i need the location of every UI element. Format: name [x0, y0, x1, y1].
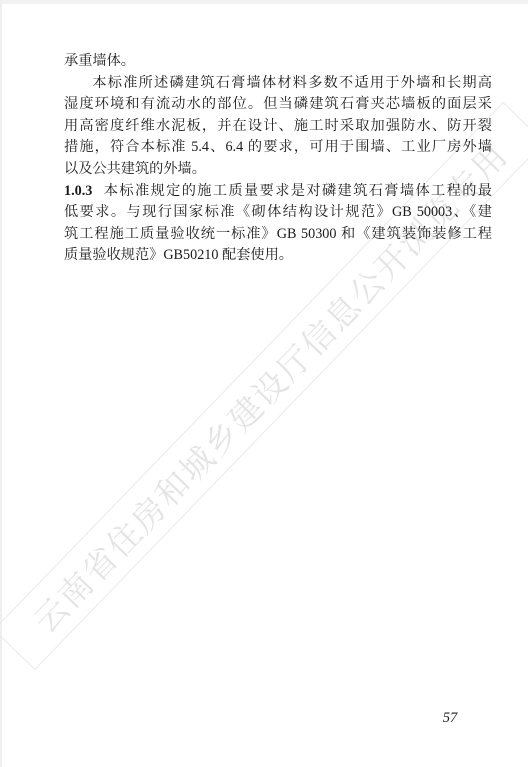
line-text: 措施，符合本标准 5.4、6.4 的要求，可用于围墙、工业厂房外墙 [64, 139, 492, 155]
line-text: 承重墙体。 [64, 53, 135, 69]
line-text: 以及公共建筑的外墙。 [64, 161, 206, 177]
text-line: 质量验收规范》GB50210 配套使用。 [64, 245, 492, 267]
text-line: 本标准所述磷建筑石膏墙体材料多数不适用于外墙和长期高 [64, 73, 492, 95]
body-text: 承重墙体。本标准所述磷建筑石膏墙体材料多数不适用于外墙和长期高湿度环境和有流动水… [64, 51, 492, 267]
line-text: 筑工程施工质量验收统一标准》GB 50300 和《建筑装饰装修工程 [64, 226, 492, 242]
document-page: 云南省住房和城乡建设厅信息公开浏览专用 承重墙体。本标准所述磷建筑石膏墙体材料多… [0, 0, 528, 767]
line-text: 本标准规定的施工质量要求是对磷建筑石膏墙体工程的最 [102, 183, 492, 199]
line-text: 本标准所述磷建筑石膏墙体材料多数不适用于外墙和长期高 [92, 75, 492, 91]
text-line: 1.0.3本标准规定的施工质量要求是对磷建筑石膏墙体工程的最 [64, 181, 492, 203]
text-line: 措施，符合本标准 5.4、6.4 的要求，可用于围墙、工业厂房外墙 [64, 137, 492, 159]
text-line: 筑工程施工质量验收统一标准》GB 50300 和《建筑装饰装修工程 [64, 224, 492, 246]
page-number: 57 [434, 710, 466, 727]
text-line: 低要求。与现行国家标准《砌体结构设计规范》GB 50003、《建 [64, 202, 492, 224]
scan-edge-top [0, 0, 528, 4]
line-text: 质量验收规范》GB50210 配套使用。 [64, 247, 293, 263]
text-line: 以及公共建筑的外墙。 [64, 159, 492, 181]
text-line: 湿度环境和有流动水的部位。但当磷建筑石膏夹芯墙板的面层采 [64, 94, 492, 116]
clause-number: 1.0.3 [64, 183, 92, 199]
text-line: 承重墙体。 [64, 51, 492, 73]
line-text: 低要求。与现行国家标准《砌体结构设计规范》GB 50003、《建 [64, 204, 492, 220]
scan-edge-left [0, 0, 2, 767]
line-text: 用高密度纤维水泥板，并在设计、施工时采取加强防水、防开裂 [64, 118, 492, 134]
line-text: 湿度环境和有流动水的部位。但当磷建筑石膏夹芯墙板的面层采 [64, 96, 492, 112]
text-line: 用高密度纤维水泥板，并在设计、施工时采取加强防水、防开裂 [64, 116, 492, 138]
